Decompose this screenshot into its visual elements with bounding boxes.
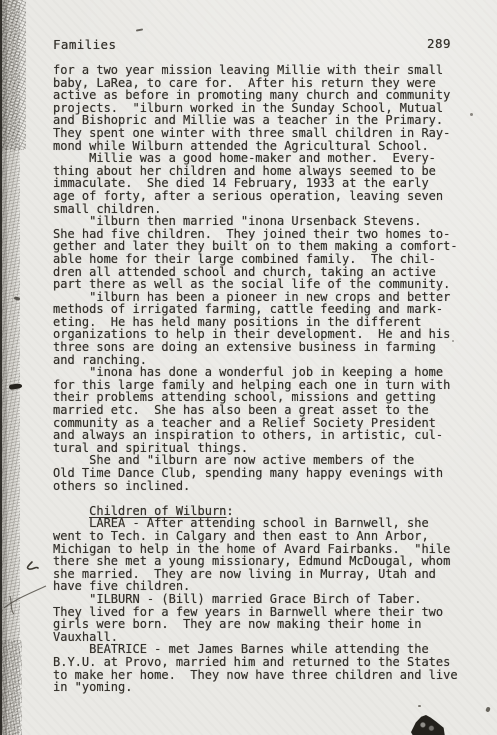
page-header-title: Families	[53, 37, 116, 52]
text-line: and always an inspiration to others, in …	[53, 429, 473, 442]
text-line: Old Time Dance Club, spending many happy…	[53, 467, 473, 480]
text-line: three sons are doing an extensive busine…	[53, 341, 473, 354]
pen-scribble-left-margin	[2, 556, 62, 626]
binding-edge-bottom-speckle	[0, 640, 22, 735]
page-body: for a two year mission leaving Millie wi…	[53, 64, 473, 694]
scanned-book-page: Families 289 for a two year mission leav…	[0, 0, 497, 735]
paragraphs-children-list: LAREA - After attending school in Barnwe…	[53, 517, 473, 693]
text-line: went to Tech. in Calgary and then east t…	[53, 530, 473, 543]
text-line: in "yoming.	[53, 681, 473, 694]
text-line: others so inclined.	[53, 480, 473, 493]
ink-speck	[485, 706, 490, 712]
page-header: Families 289	[0, 0, 497, 60]
text-line: married etc. She has also been a great a…	[53, 404, 473, 417]
text-line: able home for their large combined famil…	[53, 253, 473, 266]
ink-speck	[470, 113, 473, 116]
paragraphs-upper: for a two year mission leaving Millie wi…	[53, 64, 473, 505]
text-line: active as before in promoting many churc…	[53, 89, 473, 102]
text-line: there she met a young missionary, Edmund…	[53, 555, 473, 568]
text-line: "inona has done a wonderful job in keepi…	[53, 366, 473, 379]
text-line: Millie was a good home-maker and mother.…	[53, 152, 473, 165]
text-line: age of forty, after a serious operation,…	[53, 190, 473, 203]
ink-speck	[452, 340, 454, 342]
text-line: for a two year mission leaving Millie wi…	[53, 64, 473, 77]
ink-speck	[418, 705, 421, 707]
text-line: "ILBURN - (Bill) married Grace Birch of …	[53, 593, 473, 606]
ink-smudge-bottom-right	[411, 715, 445, 735]
text-line: "ilburn then married "inona Ursenback St…	[53, 215, 473, 228]
text-line: They spent one winter with three small c…	[53, 127, 473, 140]
text-line: part there as well as the social life of…	[53, 278, 473, 291]
text-line: methods of irrigated farming, cattle fee…	[53, 303, 473, 316]
page-number: 289	[427, 36, 451, 51]
pen-mark-left-margin	[9, 383, 23, 390]
text-line: girls were born. They are now making the…	[53, 618, 473, 631]
text-line: B.Y.U. at Provo, married him and returne…	[53, 656, 473, 669]
